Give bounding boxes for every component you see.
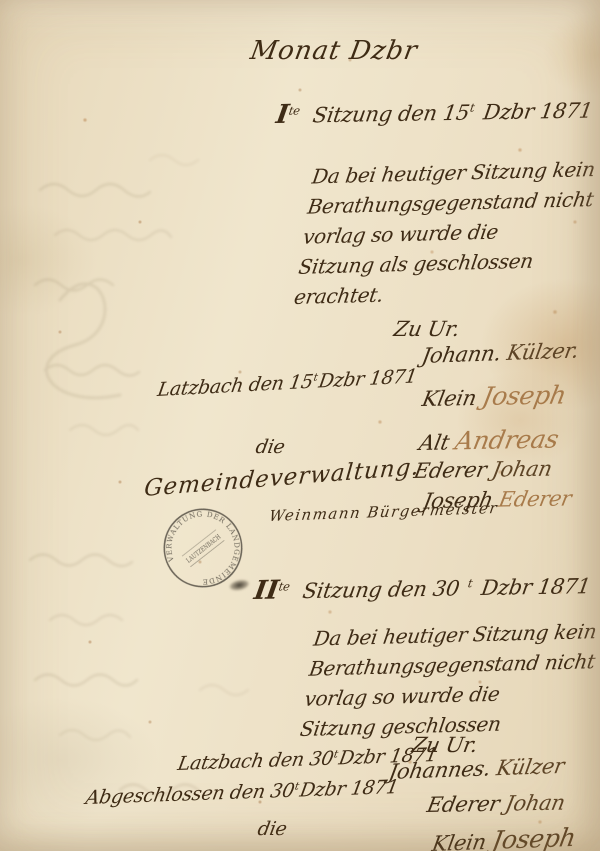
signature-first: Alt (417, 430, 451, 455)
signature: Ederer Johan (412, 457, 554, 483)
attestation-text: Zu Ur. (392, 317, 461, 341)
signature-first: Ederer (425, 792, 502, 817)
session1-heading: IteSitzung den 15tDzbr 1871 (274, 94, 595, 130)
session1-attestation: Zu Ur. (392, 317, 461, 341)
session1-heading-tail: Dzbr 1871 (482, 98, 595, 124)
session2-numeral-suffix: te (278, 579, 291, 593)
session2-heading-body: Sitzung den 30 (301, 576, 461, 603)
month-header-text: Monat Dzbr (248, 36, 420, 66)
office-text: Gemeindeverwaltung. (143, 454, 421, 502)
signature-second: Joseph (490, 823, 578, 851)
signature-first: Klein (420, 386, 478, 411)
session2-minutes: Da bei heutiger Sitzung kein Berathungsg… (298, 616, 600, 744)
session1-article: die (254, 436, 286, 458)
dateline-pre: Latzbach den 15 (156, 371, 315, 401)
dateline-post: Dzbr 1871 (337, 744, 439, 770)
signature: Klein Joseph (430, 823, 578, 851)
mayor-signature: Weinmann Bürgermeister (268, 499, 499, 525)
closed-post: Dzbr 1871 (298, 776, 400, 802)
article-text: die (256, 818, 288, 840)
mayor-signature-text: Weinmann Bürgermeister (268, 499, 499, 525)
signature-second: Johan (490, 457, 554, 482)
signature-second: Andreas (453, 424, 561, 455)
session2-numeral: II (252, 575, 280, 606)
minute-line: erachtet. (292, 274, 582, 312)
session1-day-suffix: t (469, 100, 476, 114)
session2-article: die (256, 818, 288, 840)
month-header: Monat Dzbr (248, 36, 420, 66)
signature-second: Külzer. (505, 338, 580, 365)
signature: Ederer Johan (425, 791, 567, 817)
signature-first: Johann. (420, 341, 503, 368)
signature: Alt Andreas (417, 424, 561, 456)
session1-dateline: Latzbach den 15tDzbr 1871 (156, 365, 419, 401)
signature: Johann. Külzer. (420, 338, 581, 368)
document-page: Monat Dzbr IteSitzung den 15tDzbr 1871 D… (0, 0, 600, 851)
session2-day-suffix: t (467, 576, 474, 590)
stamp-center-text: LAUTZENBACH (185, 533, 223, 565)
session2-heading: IIteSitzung den 30tDzbr 1871 (252, 570, 593, 606)
signature-second: Johan (503, 791, 567, 816)
session1-numeral-suffix: te (288, 104, 301, 118)
dateline-post: Dzbr 1871 (317, 365, 419, 392)
session2-closed-line: Abgeschlossen den 30tDzbr 1871 (84, 776, 400, 809)
session2-heading-tail: Dzbr 1871 (480, 574, 593, 600)
closed-pre: Abgeschlossen den 30 (84, 780, 296, 809)
signature-first: Ederer (412, 458, 489, 483)
signature: Klein Joseph (420, 380, 569, 412)
session1-heading-body: Sitzung den 15 (311, 101, 471, 128)
session1-minutes: Da bei heutiger Sitzung kein Berathungsg… (292, 154, 600, 312)
signature-second: Külzer (495, 754, 566, 781)
article-text: die (254, 436, 286, 458)
session1-office: Gemeindeverwaltung. (143, 454, 421, 502)
signature-first: Klein (430, 830, 488, 851)
dateline-pre: Latzbach den 30 (176, 747, 335, 775)
signature-second: Joseph (480, 380, 569, 411)
signature-second: Ederer (497, 486, 574, 511)
